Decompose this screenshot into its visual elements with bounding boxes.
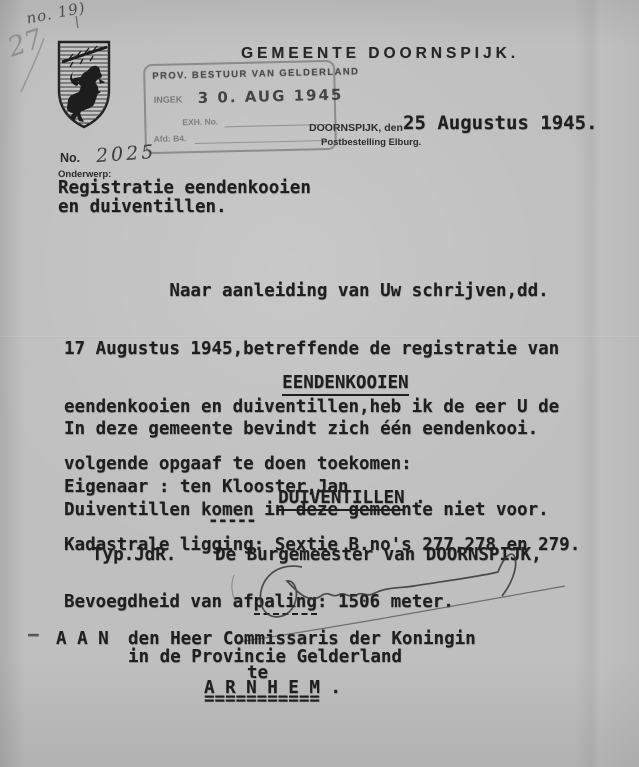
stamp-exh-line (224, 124, 326, 127)
coat-of-arms (55, 38, 113, 132)
line-text: Bevoegdheid van af (64, 592, 254, 612)
document-scan: no. 19) 27 GEMEE (0, 0, 639, 767)
body-line: Naar aanleiding van Uw schrijven,dd. (64, 282, 559, 301)
number-label: No. (60, 151, 80, 165)
typist-initials: Typ.JdR. (92, 546, 176, 565)
eendenkooien-line: In deze gemeente bevindt zich één eenden… (64, 420, 580, 439)
stamp-afd-line (195, 140, 327, 144)
address-dash: — (28, 626, 39, 645)
letter-date: 25 Augustus 1945. (403, 114, 597, 133)
address-underline: =========== (204, 690, 320, 709)
stamp-afd-label: Afd: B4. (154, 133, 187, 144)
duiventillen-line: Duiventillen komen in deze gemeente niet… (64, 501, 549, 520)
address-aan: A A N (56, 630, 109, 649)
subject-line-1: Registratie eendenkooien (58, 179, 311, 198)
stamp-org-line: PROV. BESTUUR VAN GELDERLAND (152, 66, 359, 82)
stamp-date: 3 0. AUG 1945 (198, 86, 344, 107)
stamp-ingek-label: INGEK (154, 94, 183, 105)
stamp-exh-label: EXH. No. (182, 116, 218, 127)
duiventillen-dashes: ----- (208, 512, 256, 531)
subject-line-2: en duiventillen. (58, 198, 227, 217)
registry-stamp: PROV. BESTUUR VAN GELDERLAND INGEK 3 0. … (143, 60, 337, 154)
